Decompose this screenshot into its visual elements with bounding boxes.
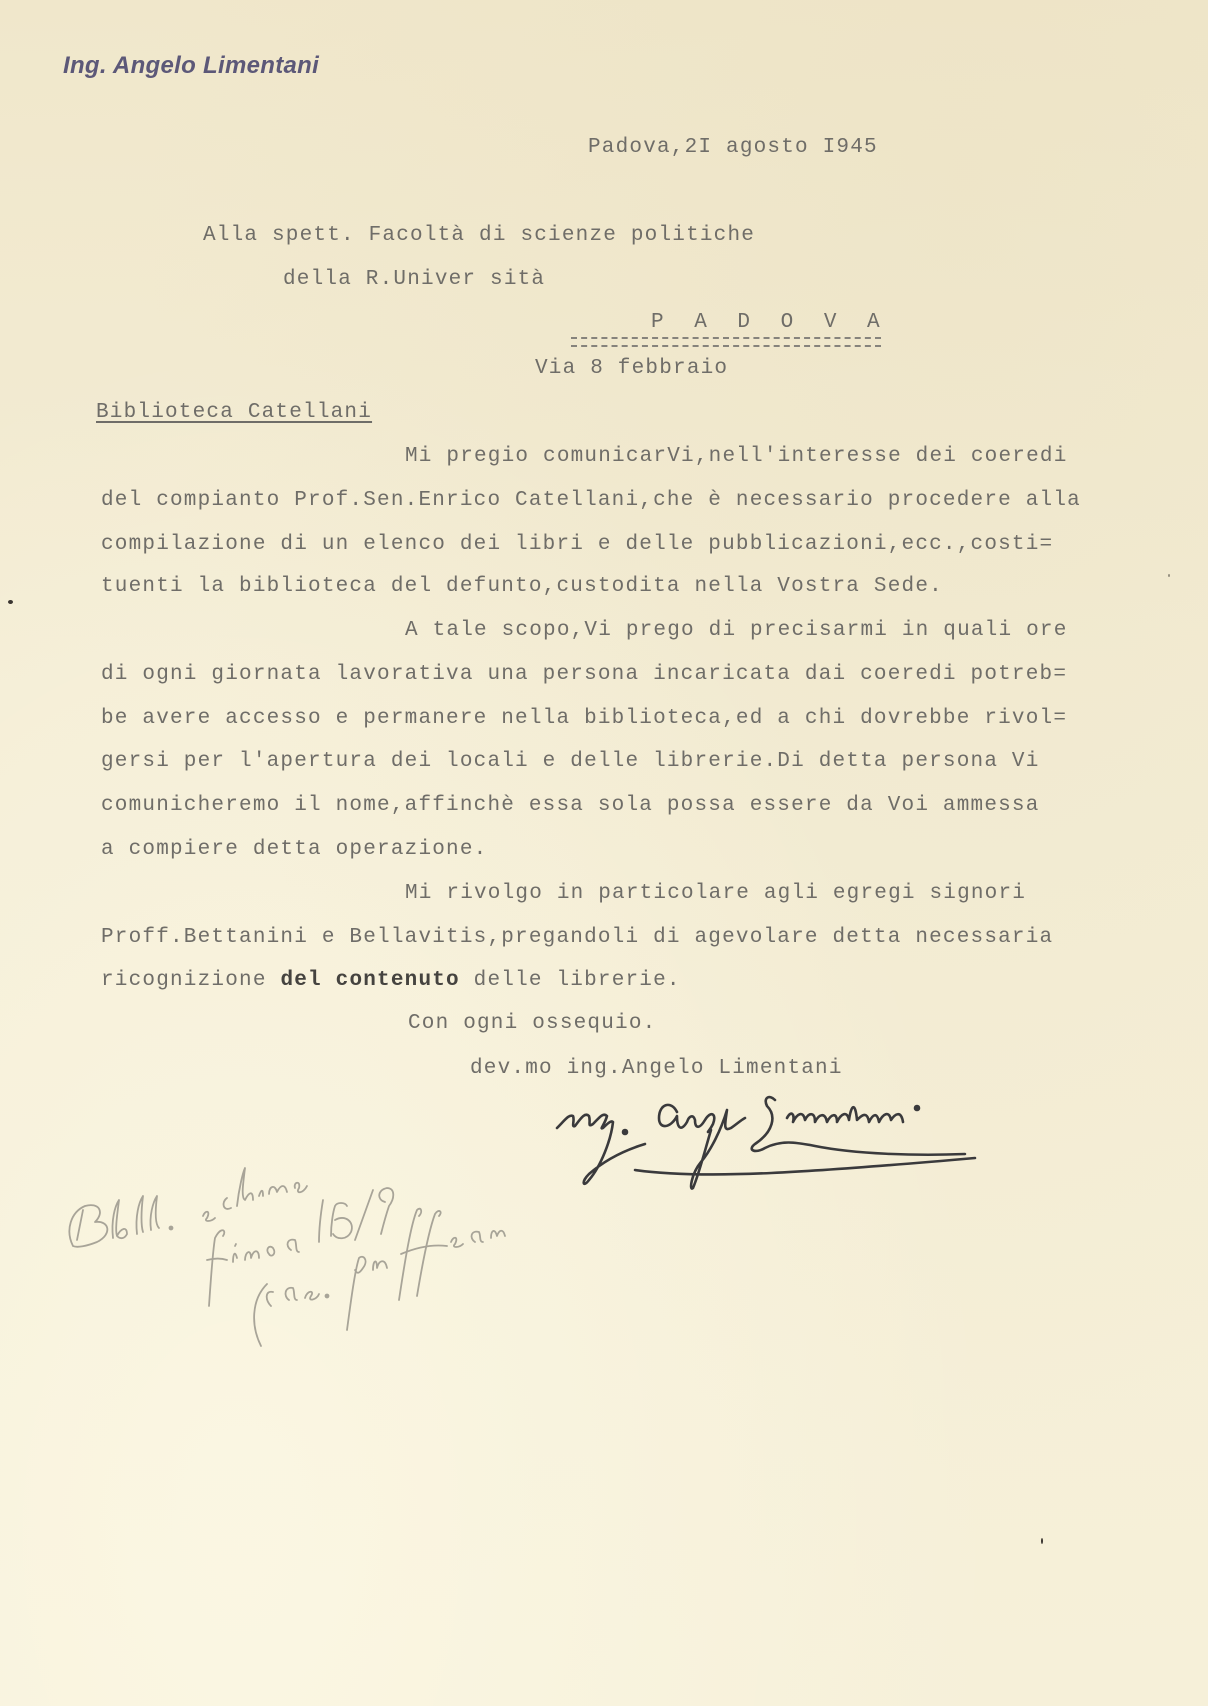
paper-speck	[8, 600, 13, 604]
paper-speck	[1168, 574, 1170, 577]
handwritten-pencil-note	[55, 1150, 575, 1370]
body-text-emphasis: del contenuto	[280, 969, 459, 992]
recipient-street: Via 8 febbraio	[535, 357, 728, 380]
recipient-line-1: Alla spett. Facoltà di scienze politiche	[203, 224, 755, 247]
city-double-underline	[571, 337, 881, 347]
body-line: Mi pregio comunicarVi,nell'interesse dei…	[405, 445, 1068, 468]
body-line: comunicheremo il nome,affinchè essa sola…	[101, 794, 1040, 817]
closing-salutation: Con ogni ossequio.	[408, 1012, 656, 1035]
body-line: Proff.Bettanini e Bellavitis,pregandoli …	[101, 926, 1053, 949]
body-line: a compiere detta operazione.	[101, 838, 487, 861]
letterhead-stamp: Ing. Angelo Limentani	[63, 52, 319, 80]
body-text: delle librerie.	[460, 969, 681, 992]
paper-speck	[1041, 1538, 1043, 1544]
body-line: di ogni giornata lavorativa una persona …	[101, 663, 1067, 686]
recipient-line-2: della R.Univer sità	[283, 268, 545, 291]
body-line: Mi rivolgo in particolare agli egregi si…	[405, 882, 1026, 905]
body-line: ricognizione del contenuto delle libreri…	[101, 969, 681, 992]
place-date: Padova,2I agosto I945	[588, 136, 878, 159]
recipient-city: P A D O V A	[651, 311, 889, 334]
body-line: gersi per l'apertura dei locali e delle …	[101, 750, 1040, 773]
body-line: A tale scopo,Vi prego di precisarmi in q…	[405, 619, 1068, 642]
subject-line: Biblioteca Catellani	[96, 401, 372, 424]
body-line: be avere accesso e permanere nella bibli…	[101, 707, 1067, 730]
body-line: tuenti la biblioteca del defunto,custodi…	[101, 575, 943, 598]
handwritten-signature	[555, 1070, 1015, 1200]
body-text: ricognizione	[101, 969, 280, 992]
body-line: del compianto Prof.Sen.Enrico Catellani,…	[101, 489, 1081, 512]
body-line: compilazione di un elenco dei libri e de…	[101, 533, 1053, 556]
